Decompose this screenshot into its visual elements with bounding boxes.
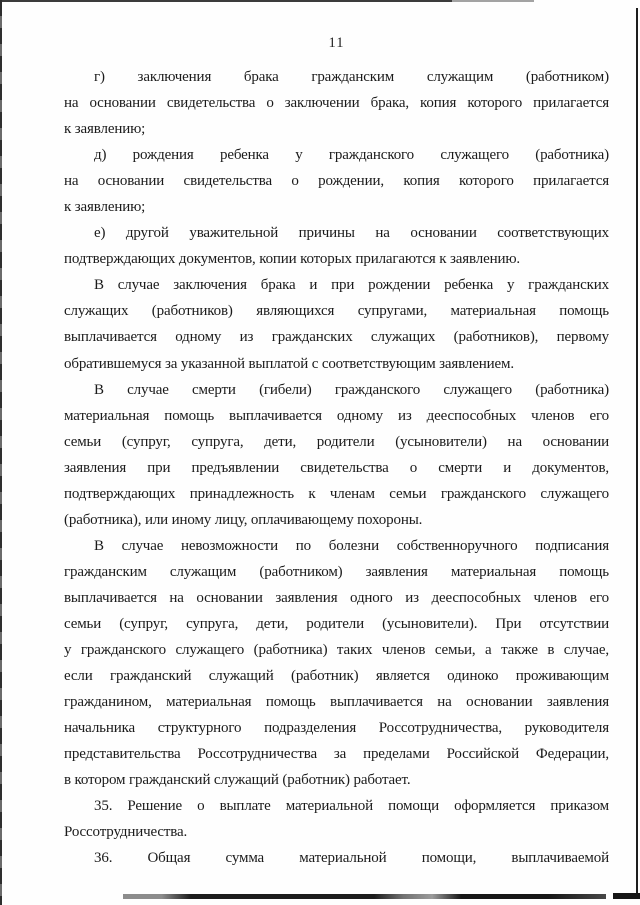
text-line: если гражданский служащий (работник) явл… <box>64 663 609 689</box>
text-line: семьи (супруг, супруга, дети, родители (… <box>64 429 609 455</box>
scan-edge-top-light <box>452 0 534 2</box>
text-line: подтверждающих документов, копии которых… <box>64 246 609 272</box>
text-line: начальника структурного подразделения Ро… <box>64 715 609 741</box>
text-line: выплачивается на основании заявления одн… <box>64 585 609 611</box>
text-line: Россотрудничества. <box>64 819 609 845</box>
text-line: материальная помощь выплачивается одному… <box>64 403 609 429</box>
scan-bar-bottom <box>123 894 606 899</box>
text-line: на основании свидетельства о рождении, к… <box>64 168 609 194</box>
text-line: 35. Решение о выплате материальной помощ… <box>64 793 609 819</box>
text-line: д) рождения ребенка у гражданского служа… <box>64 142 609 168</box>
text-line: обратившемуся за указанной выплатой с со… <box>64 351 609 377</box>
text-line: (работника), или иному лицу, оплачивающе… <box>64 507 609 533</box>
text-line: в котором гражданский служащий (работник… <box>64 767 609 793</box>
document-text-block: г) заключения брака гражданским служащим… <box>64 64 609 871</box>
text-line: В случае смерти (гибели) гражданского сл… <box>64 377 609 403</box>
text-line: гражданином, материальная помощь выплачи… <box>64 689 609 715</box>
text-line: 36. Общая сумма материальной помощи, вып… <box>64 845 609 871</box>
text-line: у гражданского служащего (работника) так… <box>64 637 609 663</box>
page-number: 11 <box>64 35 609 52</box>
text-line: семьи (супруг, супруга, дети, родители (… <box>64 611 609 637</box>
text-line: представительства Россотрудничества за п… <box>64 741 609 767</box>
text-line: гражданским служащим (работником) заявле… <box>64 559 609 585</box>
scan-bar-bottom-right <box>613 893 640 899</box>
text-line: В случае невозможности по болезни собств… <box>64 533 609 559</box>
scan-edge-right <box>636 8 638 896</box>
scan-edge-left <box>0 0 2 905</box>
text-line: В случае заключения брака и при рождении… <box>64 272 609 298</box>
document-page: 11 г) заключения брака гражданским служа… <box>0 0 640 905</box>
text-line: к заявлению; <box>64 194 609 220</box>
text-line: к заявлению; <box>64 116 609 142</box>
text-line: заявления при предъявлении свидетельства… <box>64 455 609 481</box>
text-line: выплачивается одному из гражданских служ… <box>64 324 609 350</box>
scan-edge-top-dark <box>0 0 452 2</box>
text-line: г) заключения брака гражданским служащим… <box>64 64 609 90</box>
text-line: подтверждающих принадлежность к членам с… <box>64 481 609 507</box>
text-line: е) другой уважительной причины на основа… <box>64 220 609 246</box>
text-line: на основании свидетельства о заключении … <box>64 90 609 116</box>
text-line: служащих (работников) являющихся супруга… <box>64 298 609 324</box>
